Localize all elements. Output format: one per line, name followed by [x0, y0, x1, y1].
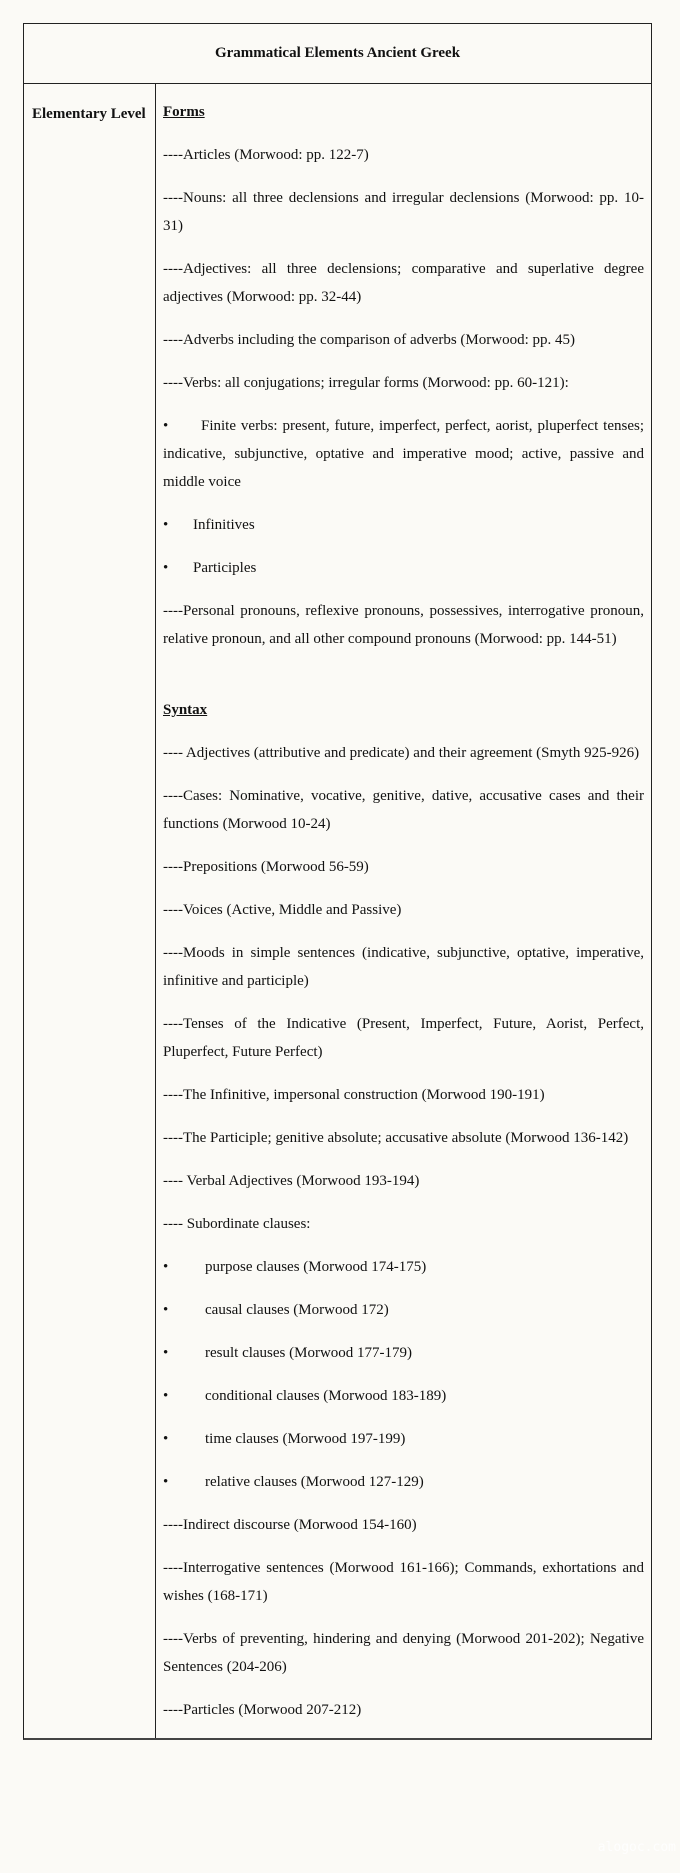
- list-item: ----Tenses of the Indicative (Present, I…: [163, 1010, 644, 1066]
- list-item: ----Moods in simple sentences (indicativ…: [163, 939, 644, 995]
- list-item: ---- Adjectives (attributive and predica…: [163, 739, 644, 767]
- bullet-icon: •: [163, 554, 193, 582]
- watermark: alogoc.com: [598, 1840, 676, 1855]
- list-item: ----Voices (Active, Middle and Passive): [163, 896, 644, 924]
- list-item: ----Articles (Morwood: pp. 122-7): [163, 141, 644, 169]
- list-item: ----Prepositions (Morwood 56-59): [163, 853, 644, 881]
- bullet-item: •purpose clauses (Morwood 174-175): [163, 1253, 644, 1281]
- list-item: ---- Subordinate clauses:: [163, 1210, 644, 1238]
- bullet-item: •time clauses (Morwood 197-199): [163, 1425, 644, 1453]
- bullet-item: •conditional clauses (Morwood 183-189): [163, 1382, 644, 1410]
- bullet-icon: •: [163, 1425, 205, 1453]
- list-item: ----Verbs: all conjugations; irregular f…: [163, 369, 644, 397]
- list-item: ----Particles (Morwood 207-212): [163, 1696, 644, 1724]
- bullet-item: •Infinitives: [163, 511, 644, 539]
- bullet-icon: •: [163, 511, 193, 539]
- syntax-heading: Syntax: [163, 696, 644, 724]
- grammar-table: Grammatical Elements Ancient Greek Eleme…: [23, 23, 652, 1740]
- content-cell: Forms ----Articles (Morwood: pp. 122-7) …: [156, 84, 651, 1738]
- list-item: ----The Infinitive, impersonal construct…: [163, 1081, 644, 1109]
- bullet-icon: •: [163, 1253, 205, 1281]
- table-row: Elementary Level Forms ----Articles (Mor…: [24, 84, 651, 1738]
- bullet-item: •causal clauses (Morwood 172): [163, 1296, 644, 1324]
- bullet-item: •Participles: [163, 554, 644, 582]
- list-item: ----Indirect discourse (Morwood 154-160): [163, 1511, 644, 1539]
- table-title: Grammatical Elements Ancient Greek: [24, 24, 651, 84]
- bullet-item: •relative clauses (Morwood 127-129): [163, 1468, 644, 1496]
- list-item: ----Nouns: all three declensions and irr…: [163, 184, 644, 240]
- list-item: ----Interrogative sentences (Morwood 161…: [163, 1554, 644, 1610]
- list-item: ----Adjectives: all three declensions; c…: [163, 255, 644, 311]
- list-item: ---- Verbal Adjectives (Morwood 193-194): [163, 1167, 644, 1195]
- list-item: ----Verbs of preventing, hindering and d…: [163, 1625, 644, 1681]
- list-item: ----The Participle; genitive absolute; a…: [163, 1124, 644, 1152]
- forms-heading: Forms: [163, 98, 644, 126]
- bullet-icon: •: [163, 1468, 205, 1496]
- list-item: ----Cases: Nominative, vocative, genitiv…: [163, 782, 644, 838]
- bullet-icon: •: [163, 1296, 205, 1324]
- bullet-item: •Finite verbs: present, future, imperfec…: [163, 412, 644, 496]
- bullet-icon: •: [163, 1382, 205, 1410]
- bullet-icon: •: [163, 412, 201, 440]
- list-item: ----Adverbs including the comparison of …: [163, 326, 644, 354]
- list-item: ----Personal pronouns, reflexive pronoun…: [163, 597, 644, 653]
- bullet-item: •result clauses (Morwood 177-179): [163, 1339, 644, 1367]
- bullet-icon: •: [163, 1339, 205, 1367]
- level-label: Elementary Level: [24, 84, 156, 1738]
